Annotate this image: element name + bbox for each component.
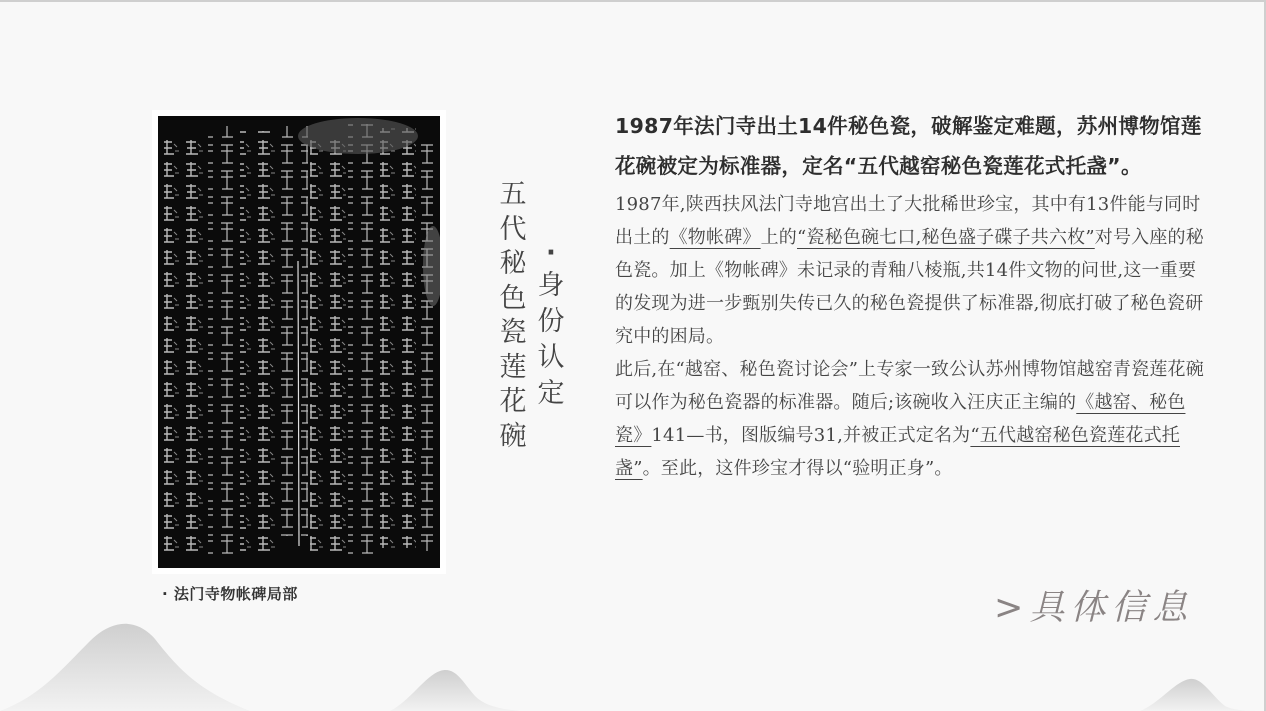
vertical-title: 五 代 秘 色 瓷 莲 花 碗	[496, 178, 530, 454]
subtitle-char: 认	[534, 340, 568, 376]
paragraph-text: 。至此，这件珍宝才得以“验明正身”。	[643, 458, 953, 479]
subtitle-char: 份	[534, 304, 568, 340]
slide: · 法门寺物帐碑局部 五 代 秘 色 瓷 莲 花 碗 · 身 份 认 定 198…	[0, 0, 1266, 711]
headline: 1987年法门寺出土14件秘色瓷，破解鉴定难题，苏州博物馆莲花碗被定为标准器，定…	[615, 106, 1205, 186]
title-char: 瓷	[496, 316, 530, 351]
rubbing-texture	[158, 116, 440, 568]
link-wuzhangbei[interactable]: 《物帐碑》	[670, 227, 761, 248]
paragraph-text: 141—书，图版编号31,并被正式定名为	[651, 425, 970, 446]
paragraph-text: 上的	[761, 227, 797, 248]
stele-rubbing-image-frame	[152, 110, 446, 574]
title-char: 五	[496, 178, 530, 213]
title-char: 代	[496, 213, 530, 248]
title-char: 碗	[496, 420, 530, 455]
title-char: 色	[496, 282, 530, 317]
title-char: 莲	[496, 351, 530, 386]
image-caption: · 法门寺物帐碑局部	[162, 583, 298, 604]
mountain-decoration-icon	[0, 621, 1266, 711]
title-char: 秘	[496, 247, 530, 282]
title-char: 花	[496, 385, 530, 420]
link-inscription-quote[interactable]: “瓷秘色碗七口,秘色盛子碟子共六枚”	[797, 227, 1095, 248]
paragraph-1: 1987年,陕西扶风法门寺地宫出土了大批稀世珍宝，其中有13件能与同时出土的《物…	[615, 188, 1205, 353]
subtitle-char: 定	[534, 376, 568, 412]
paragraph-2: 此后,在“越窑、秘色瓷讨论会”上专家一致公认苏州博物馆越窑青瓷莲花碗可以作为秘色…	[615, 353, 1205, 485]
stele-rubbing-image	[158, 116, 440, 568]
subtitle-char: 身	[534, 268, 568, 304]
content-block: 1987年法门寺出土14件秘色瓷，破解鉴定难题，苏州博物馆莲花碗被定为标准器，定…	[615, 106, 1205, 485]
vertical-subtitle: · 身 份 认 定	[534, 238, 568, 412]
subtitle-dot: ·	[534, 238, 568, 268]
